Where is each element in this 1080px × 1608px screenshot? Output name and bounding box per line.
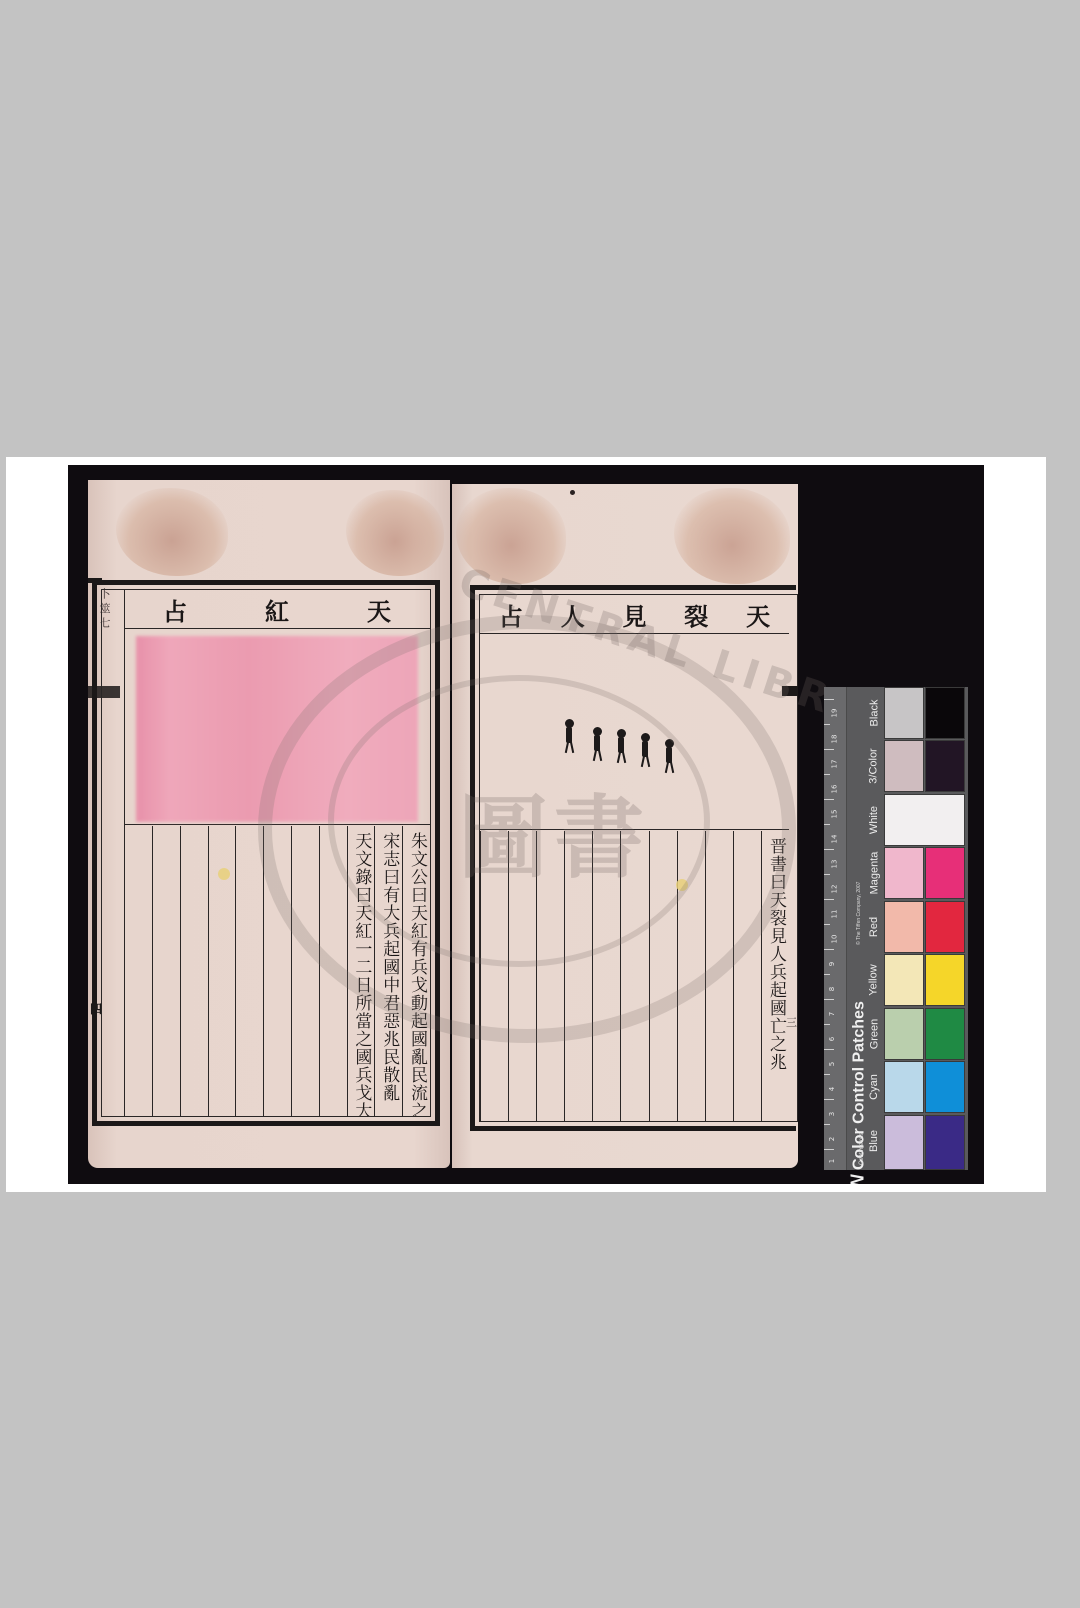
- patch-label-blue: Blue: [864, 1115, 884, 1167]
- water-stain: [346, 490, 444, 576]
- edge-mark: 三: [786, 1014, 797, 1030]
- patch-green-dark: [925, 1008, 965, 1060]
- patch-cyan-dark: [925, 1061, 965, 1113]
- patch-black-dark: [925, 687, 965, 739]
- patch-black-light: [884, 687, 924, 739]
- patch-magenta-dark: [925, 847, 965, 899]
- patch-green-light: [884, 1008, 924, 1060]
- patch-magenta-light: [884, 847, 924, 899]
- patch-3color-light: [884, 740, 924, 792]
- patch-label-cyan: Cyan: [864, 1061, 884, 1113]
- tiffen-logo: TIFFEN: [848, 1175, 868, 1185]
- patch-blue-light: [884, 1115, 924, 1170]
- patch-yellow-light: [884, 954, 924, 1006]
- empty-column: [180, 826, 208, 1116]
- patch-label-magenta: Magenta: [864, 847, 884, 899]
- empty-column: [235, 826, 263, 1116]
- water-stain: [116, 488, 228, 576]
- patch-label-white: White: [864, 794, 884, 846]
- empty-column: [152, 826, 180, 1116]
- watermark-glyphs: 圖書: [458, 765, 650, 895]
- patch-yellow-dark: [925, 954, 965, 1006]
- water-stain: [674, 488, 790, 584]
- patch-3color-dark: [925, 740, 965, 792]
- patch-label-green: Green: [864, 1008, 884, 1060]
- ruler: 19 18 17 16 15 14 13 12 11 10 9 8 7 6 5 …: [824, 687, 847, 1170]
- scan-area: 卜 筮 七 四 天 紅 占 朱文公曰天紅有兵戈動起國亂民流之事 宋志曰有大兵起國…: [68, 465, 984, 1184]
- empty-column: [124, 826, 152, 1116]
- patch-label-yellow: Yellow: [864, 954, 884, 1006]
- patch-white: [884, 794, 965, 846]
- patch-red-light: [884, 901, 924, 953]
- patch-red-dark: [925, 901, 965, 953]
- patch-cyan-light: [884, 1061, 924, 1113]
- ink-dot: [570, 490, 575, 495]
- left-title: 天 紅 占: [124, 590, 430, 629]
- patch-label-black: Black: [864, 687, 884, 739]
- paper-spot: [218, 868, 230, 880]
- patch-label-red: Red: [864, 901, 884, 953]
- tiffen-color-card: 19 18 17 16 15 14 13 12 11 10 9 8 7 6 5 …: [824, 687, 968, 1170]
- patch-blue-dark: [925, 1115, 965, 1170]
- copyright: © The Tiffen Company, 2007: [856, 775, 862, 945]
- patch-label-3color: 3/Color: [864, 740, 884, 792]
